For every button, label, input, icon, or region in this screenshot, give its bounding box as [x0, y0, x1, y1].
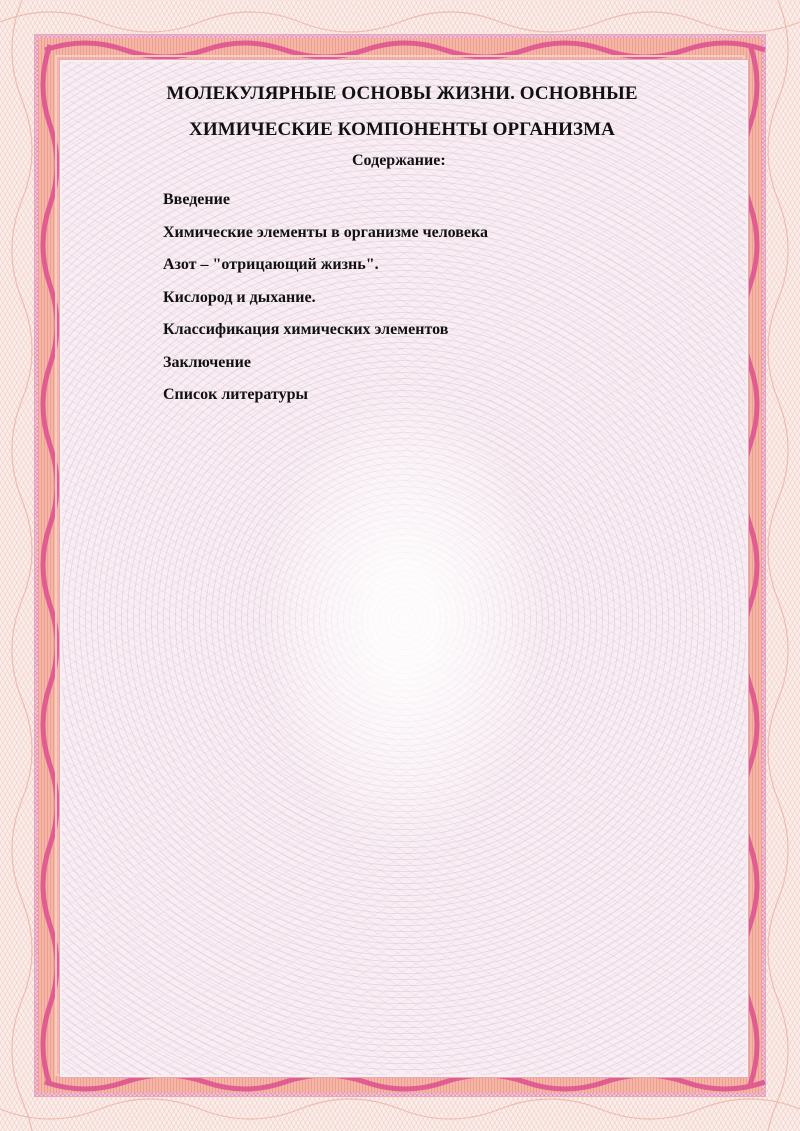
document-page: МОЛЕКУЛЯРНЫЕ ОСНОВЫ ЖИЗНИ. ОСНОВНЫЕ ХИМИ… — [60, 60, 744, 1073]
toc-heading: Содержание: — [352, 150, 446, 172]
toc-item-nitrogen: Азот – "отрицающий жизнь". — [163, 249, 488, 282]
table-of-contents: Введение Химические элементы в организме… — [163, 184, 488, 412]
toc-item-oxygen: Кислород и дыхание. — [163, 282, 488, 315]
toc-item-chemical-elements: Химические элементы в организме человека — [163, 217, 488, 250]
toc-item-references: Список литературы — [163, 379, 488, 412]
toc-item-conclusion: Заключение — [163, 347, 488, 380]
title-line-2: ХИМИЧЕСКИЕ КОМПОНЕНТЫ ОРГАНИЗМА — [60, 112, 744, 148]
title-line-1: МОЛЕКУЛЯРНЫЕ ОСНОВЫ ЖИЗНИ. ОСНОВНЫЕ — [60, 76, 744, 112]
toc-item-introduction: Введение — [163, 184, 488, 217]
document-title: МОЛЕКУЛЯРНЫЕ ОСНОВЫ ЖИЗНИ. ОСНОВНЫЕ ХИМИ… — [60, 76, 744, 148]
toc-item-classification: Классификация химических элементов — [163, 314, 488, 347]
